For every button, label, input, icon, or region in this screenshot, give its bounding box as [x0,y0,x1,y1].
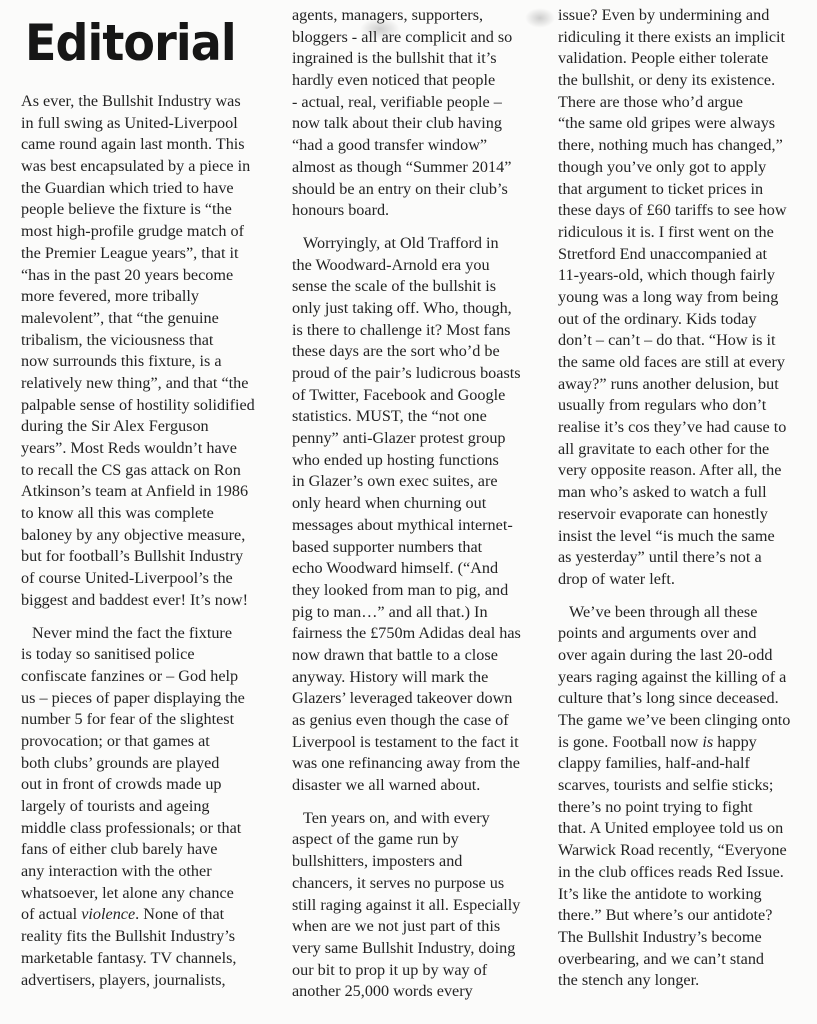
article-paragraph: Worryingly, at Old Trafford inthe Woodwa… [292,233,542,797]
text-line: over again during the last 20-odd [558,645,808,667]
text-line: there, nothing much has changed,” [558,135,808,157]
text-line: these days of £60 tariffs to see how [558,200,808,222]
text-line: - actual, real, verifiable people – [292,92,542,114]
paragraph-gap [292,797,542,808]
text-line: Never mind the fact the fixture [21,623,273,645]
text-line: sense the scale of the bullshit is [292,276,542,298]
text-line: pig to man…” and all that.) In [292,602,542,624]
text-line: anyway. History will mark the [292,667,542,689]
text-line: should be an entry on their club’s [292,179,542,201]
text-line: of actual violence. None of that [21,904,273,926]
paragraph-gap [558,591,808,602]
text-line: “had a good transfer window” [292,135,542,157]
text-line: fans of either club barely have [21,839,273,861]
text-line: relatively new thing”, and that “the [21,373,273,395]
text-line: reservoir evaporate can honestly [558,504,808,526]
text-line: the Premier League years”, that it [21,243,273,265]
text-line: ridiculing it there exists an implicit [558,27,808,49]
text-line: malevolent”, that “the genuine [21,308,273,330]
text-line: bloggers - all are complicit and so [292,27,542,49]
text-line: away?” runs another delusion, but [558,374,808,396]
text-line: whatsoever, let alone any chance [21,883,273,905]
text-line: chancers, it serves no purpose us [292,873,542,895]
text-line: based supporter numbers that [292,537,542,559]
text-line: now surrounds this fixture, is a [21,351,273,373]
text-line: The game we’ve been clinging onto [558,710,808,732]
text-line: still raging against it all. Especially [292,895,542,917]
text-line: in Glazer’s own exec suites, are [292,471,542,493]
text-line: only heard when churning out [292,493,542,515]
text-line: who ended up hosting functions [292,450,542,472]
text-line: in the club offices reads Red Issue. [558,862,808,884]
text-line: hardly even noticed that people [292,70,542,92]
text-line: agents, managers, supporters, [292,5,542,27]
text-line: statistics. MUST, the “not one [292,406,542,428]
text-line: people believe the fixture is “the [21,199,273,221]
text-line: ridiculous it is. I first went on the [558,222,808,244]
text-line: during the Sir Alex Ferguson [21,416,273,438]
text-line: out of the ordinary. Kids today [558,309,808,331]
text-line: there’s no point trying to fight [558,797,808,819]
text-line: We’ve been through all these [558,602,808,624]
paragraph-gap [21,612,273,623]
text-line: is gone. Football now is happy [558,732,808,754]
text-line: that. A United employee told us on [558,818,808,840]
text-line: Worryingly, at Old Trafford in [292,233,542,255]
text-line: Warwick Road recently, “Everyone [558,840,808,862]
text-line: to know all this was complete [21,503,273,525]
text-line: proud of the pair’s ludicrous boasts [292,363,542,385]
text-line: As ever, the Bullshit Industry was [21,91,273,113]
text-line: There are those who’d argue [558,92,808,114]
text-line: confiscate fanzines or – God help [21,666,273,688]
text-line: disaster we all warned about. [292,775,542,797]
text-line: “the same old gripes were always [558,113,808,135]
text-line: provocation; or that games at [21,731,273,753]
text-line: man who’s asked to watch a full [558,482,808,504]
text-line: clappy families, half-and-half [558,753,808,775]
text-line: The Bullshit Industry’s become [558,927,808,949]
text-line: though you’ve only got to apply [558,157,808,179]
text-line: tribalism, the viciousness that [21,330,273,352]
text-line: was best encapsulated by a piece in [21,156,273,178]
editorial-page: Editorial As ever, the Bullshit Industry… [0,0,817,1024]
text-line: more fevered, more tribally [21,286,273,308]
text-line: echo Woodward himself. (“And [292,558,542,580]
text-line: very opposite reason. After all, the [558,460,808,482]
text-line: realise it’s cos they’ve had cause to [558,417,808,439]
text-line: penny” anti-Glazer protest group [292,428,542,450]
text-line: out in front of crowds made up [21,774,273,796]
article-column-3: issue? Even by undermining andridiculing… [558,5,808,992]
text-line: the Woodward-Arnold era you [292,255,542,277]
text-line: as genius even though the case of [292,710,542,732]
text-line: bullshitters, imposters and [292,851,542,873]
text-line: Atkinson’s team at Anfield in 1986 [21,481,273,503]
text-line: almost as though “Summer 2014” [292,157,542,179]
text-line: Ten years on, and with every [292,808,542,830]
text-line: It’s like the antidote to working [558,884,808,906]
text-line: when are we not just part of this [292,916,542,938]
text-line: now drawn that battle to a close [292,645,542,667]
text-line: baloney by any objective measure, [21,525,273,547]
text-line: most high-profile grudge match of [21,221,273,243]
text-line: these days are the sort who’d be [292,341,542,363]
article-column-1: As ever, the Bullshit Industry wasin ful… [21,91,273,991]
text-line: both clubs’ grounds are played [21,753,273,775]
text-line: of Twitter, Facebook and Google [292,385,542,407]
text-line: the Guardian which tried to have [21,178,273,200]
text-line: is there to challenge it? Most fans [292,320,542,342]
text-line: number 5 for fear of the slightest [21,709,273,731]
text-line: is today so sanitised police [21,644,273,666]
text-line: validation. People either tolerate [558,48,808,70]
text-line: culture that’s long since deceased. [558,688,808,710]
article-paragraph: We’ve been through all thesepoints and a… [558,602,808,992]
text-line: reality fits the Bullshit Industry’s [21,926,273,948]
text-line: our bit to prop it up by way of [292,960,542,982]
text-line: years”. Most Reds wouldn’t have [21,438,273,460]
text-line: marketable fantasy. TV channels, [21,948,273,970]
text-line: aspect of the game run by [292,829,542,851]
text-line: points and arguments over and [558,623,808,645]
article-paragraph: Ten years on, and with everyaspect of th… [292,808,542,1003]
text-line: advertisers, players, journalists, [21,970,273,992]
text-line: drop of water left. [558,569,808,591]
page-title: Editorial [25,8,236,78]
text-line: palpable sense of hostility solidified [21,395,273,417]
article-paragraph: agents, managers, supporters,bloggers - … [292,5,542,222]
text-line: fairness the £750m Adidas deal has [292,623,542,645]
text-line: now talk about their club having [292,113,542,135]
text-line: honours board. [292,200,542,222]
text-line: of course United-Liverpool’s the [21,568,273,590]
text-line: came round again last month. This [21,134,273,156]
text-line: usually from regulars who don’t [558,395,808,417]
text-line: young was a long way from being [558,287,808,309]
text-line: in full swing as United-Liverpool [21,113,273,135]
text-line: Liverpool is testament to the fact it [292,732,542,754]
text-line: insist the level “is much the same [558,526,808,548]
article-paragraph: issue? Even by undermining andridiculing… [558,5,808,591]
paragraph-gap [292,222,542,233]
article-paragraph: Never mind the fact the fixtureis today … [21,623,273,992]
text-line: largely of tourists and ageing [21,796,273,818]
text-line: any interaction with the other [21,861,273,883]
text-line: there.” But where’s our antidote? [558,905,808,927]
text-line: that argument to ticket prices in [558,179,808,201]
text-line: very same Bullshit Industry, doing [292,938,542,960]
text-line: the same old faces are still at every [558,352,808,374]
text-line: scarves, tourists and selfie sticks; [558,775,808,797]
text-line: don’t – can’t – do that. “How is it [558,330,808,352]
text-line: years raging against the killing of a [558,667,808,689]
text-line: they looked from man to pig, and [292,580,542,602]
text-line: was one refinancing away from the [292,753,542,775]
text-line: the bullshit, or deny its existence. [558,70,808,92]
text-line: biggest and baddest ever! It’s now! [21,590,273,612]
text-line: all gravitate to each other for the [558,439,808,461]
text-line: another 25,000 words every [292,981,542,1003]
text-line: only just taking off. Who, though, [292,298,542,320]
text-line: overbearing, and we can’t stand [558,949,808,971]
text-line: messages about mythical internet- [292,515,542,537]
text-line: the stench any longer. [558,970,808,992]
text-line: 11-years-old, which though fairly [558,265,808,287]
text-line: ingrained is the bullshit that it’s [292,48,542,70]
text-line: middle class professionals; or that [21,818,273,840]
text-line: as yesterday” until there’s not a [558,547,808,569]
article-column-2: agents, managers, supporters,bloggers - … [292,5,542,1003]
text-line: issue? Even by undermining and [558,5,808,27]
article-paragraph: As ever, the Bullshit Industry wasin ful… [21,91,273,612]
text-line: us – pieces of paper displaying the [21,688,273,710]
text-line: but for football’s Bullshit Industry [21,546,273,568]
text-line: to recall the CS gas attack on Ron [21,460,273,482]
text-line: Glazers’ leveraged takeover down [292,688,542,710]
text-line: Stretford End unaccompanied at [558,244,808,266]
text-line: “has in the past 20 years become [21,265,273,287]
